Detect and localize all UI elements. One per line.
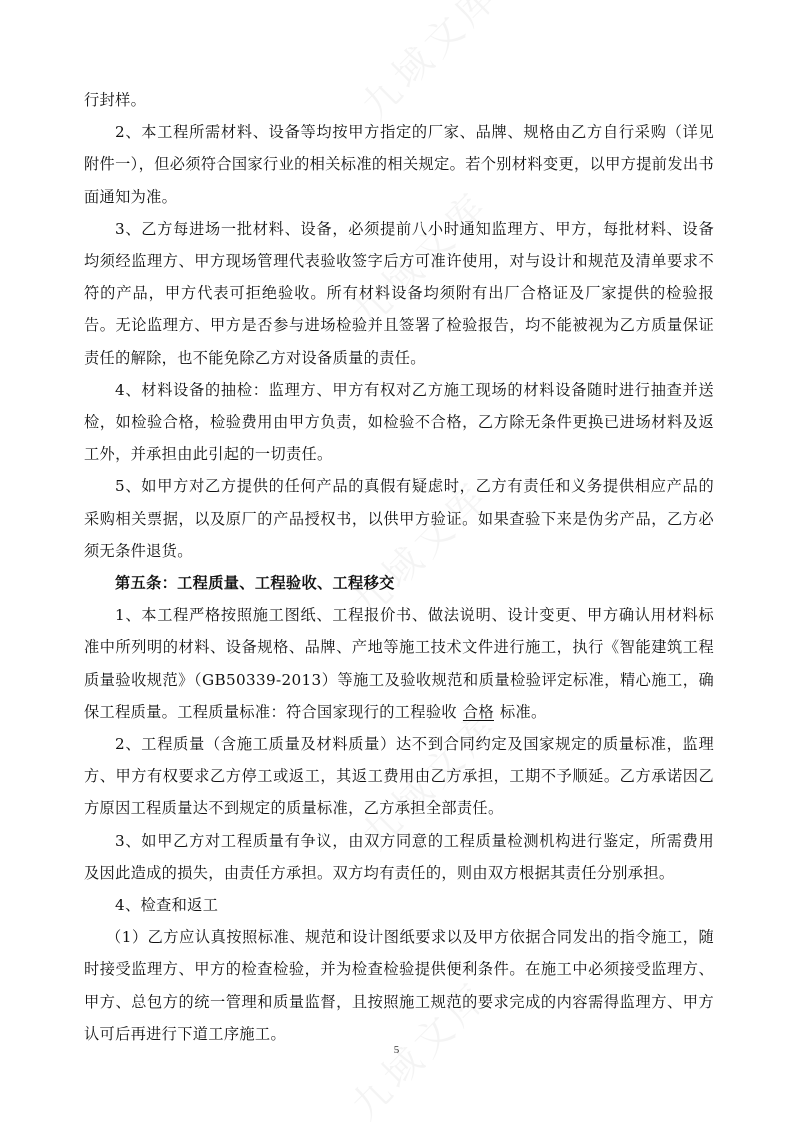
clause-1-text: 1、本工程严格按照施工图纸、工程报价书、做法说明、设计变更、甲方确认用材料标准中… (84, 606, 714, 721)
clause-2: 2、工程质量（含施工质量及材料质量）达不到合同约定及国家规定的质量标准，监理方、… (84, 728, 714, 825)
document-body: 行封样。 2、本工程所需材料、设备等均按甲方指定的厂家、品牌、规格由乙方自行采购… (84, 84, 714, 1050)
clause-1: 1、本工程严格按照施工图纸、工程报价书、做法说明、设计变更、甲方确认用材料标准中… (84, 599, 714, 728)
document-page: 九域文库 九域文库 九域文库 九域文库 九域文库 行封样。 2、本工程所需材料、… (0, 0, 793, 1122)
paragraph-item-5: 5、如甲方对乙方提供的任何产品的真假有疑虑时，乙方有责任和义务提供相应产品的采购… (84, 470, 714, 567)
quality-standard-value: 合格 (457, 703, 500, 721)
clause-3: 3、如甲乙方对工程质量有争议，由双方同意的工程质量检测机构进行鉴定，所需费用及因… (84, 825, 714, 889)
page-number: 5 (0, 1044, 793, 1056)
clause-4-heading: 4、检查和返工 (84, 889, 714, 921)
paragraph-item-3: 3、乙方每进场一批材料、设备，必须提前八小时通知监理方、甲方，每批材料、设备均须… (84, 213, 714, 374)
section-heading: 第五条：工程质量、工程验收、工程移交 (84, 567, 714, 599)
clause-4-sub-1: （1）乙方应认真按照标准、规范和设计图纸要求以及甲方依据合同发出的指令施工，随时… (84, 921, 714, 1050)
paragraph-item-2: 2、本工程所需材料、设备等均按甲方指定的厂家、品牌、规格由乙方自行采购（详见附件… (84, 116, 714, 213)
clause-1-tail: 标准。 (500, 703, 547, 721)
paragraph-continuation: 行封样。 (84, 84, 714, 116)
paragraph-item-4: 4、材料设备的抽检：监理方、甲方有权对乙方施工现场的材料设备随时进行抽查并送检，… (84, 374, 714, 471)
